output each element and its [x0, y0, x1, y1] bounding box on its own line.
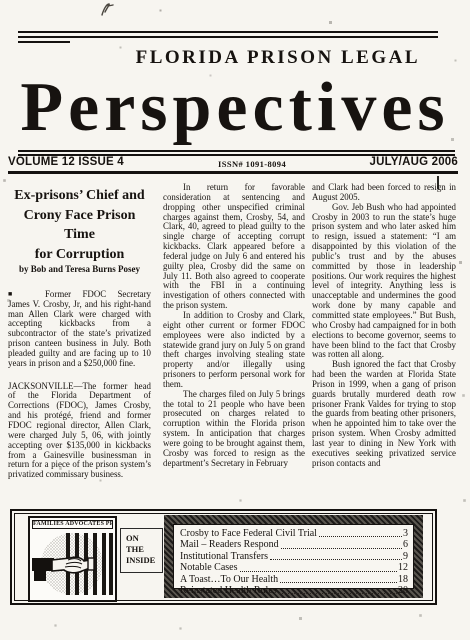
handshake-logo: FAMILIES ADVOCATES PRISONERS [28, 516, 117, 602]
headline-line: for Corruption [8, 245, 151, 265]
headline-line: Ex-prisons’ Chief and [8, 186, 151, 206]
toc-dot-leader [270, 559, 402, 560]
toc-entry-title: Crosby to Face Federal Civil Trial [180, 528, 317, 539]
toc-dot-leader [319, 536, 402, 537]
toc-entry-title: A Toast…To Our Health [180, 574, 278, 585]
on-the-inside-line: INSIDE [126, 555, 162, 566]
toc-entry: Notable Cases 12 [180, 562, 408, 573]
article-paragraph: The charges filed on July 5 brings the t… [163, 390, 305, 469]
toc-dot-leader [280, 582, 397, 583]
on-the-inside-line: ON [126, 533, 162, 544]
issn-label: ISSN# 1091-8094 [218, 159, 286, 169]
toc-entry-page: 20 [398, 585, 408, 596]
toc-entry-page: 3 [403, 528, 408, 539]
table-of-contents: Crosby to Face Federal Civil Trial 3 Mai… [173, 524, 414, 589]
article-paragraph: In return for favorable consideration at… [163, 183, 305, 311]
inside-contents-box: FAMILIES ADVOCATES PRISONERS [10, 509, 437, 605]
scan-speckles [0, 0, 1, 1]
inside-contents-box-inner-border: FAMILIES ADVOCATES PRISONERS [14, 513, 433, 601]
article-paragraph: In addition to Crosby and Clark, eight o… [163, 311, 305, 390]
toc-entry-page: 18 [398, 574, 408, 585]
masthead-rule-bottom [8, 171, 458, 174]
volume-issue-label: VOLUME 12 ISSUE 4 [8, 156, 124, 168]
handshake-through-bars-icon [32, 530, 113, 598]
masthead-rule-top-1 [18, 31, 438, 33]
article-column-3: and Clark had been forced to resign in A… [312, 183, 456, 468]
newsletter-front-page: FLORIDA PRISON LEGAL Perspectives VOLUME… [0, 0, 470, 640]
article-paragraph: ■Former FDOC Secretary James V. Crosby, … [8, 290, 151, 369]
toc-entry: Reinstated Health Rules 20 [180, 585, 408, 596]
article-headline: Ex-prisons’ Chief and Crony Face Prison … [8, 186, 151, 264]
toc-dot-leader [240, 571, 398, 572]
issue-date-label: JULY/AUG 2006 [370, 156, 458, 168]
logo-caption: FAMILIES ADVOCATES PRISONERS [32, 520, 113, 529]
toc-entry-page: 9 [403, 551, 408, 562]
toc-entry: Mail – Readers Respond 6 [180, 539, 408, 550]
article-column-1: Ex-prisons’ Chief and Crony Face Prison … [8, 183, 151, 480]
headline-line: Crony Face Prison [8, 206, 151, 226]
toc-dot-leader [281, 548, 402, 549]
masthead-rule-top-2 [18, 36, 438, 38]
article-column-2: In return for favorable consideration at… [163, 183, 305, 468]
toc-entry-page: 6 [403, 539, 408, 550]
toc-entry-page: 12 [398, 562, 408, 573]
on-the-inside-label: ON THE INSIDE [120, 528, 163, 573]
article-paragraph: Bush ignored the fact that Crosby had be… [312, 360, 456, 468]
toc-entry-title: Institutional Transfers [180, 551, 268, 562]
nameplate-title: Perspectives [0, 66, 470, 150]
toc-entry: A Toast…To Our Health 18 [180, 574, 408, 585]
toc-entry: Crosby to Face Federal Civil Trial 3 [180, 528, 408, 539]
issue-info-row: VOLUME 12 ISSUE 4 ISSN# 1091-8094 JULY/A… [8, 156, 460, 172]
article-byline: by Bob and Teresa Burns Posey [8, 265, 151, 275]
article-paragraph: Gov. Jeb Bush who had appointed Crosby i… [312, 203, 456, 361]
on-the-inside-line: THE [126, 544, 162, 555]
paragraph-text: Former FDOC Secretary James V. Crosby, J… [8, 289, 151, 368]
article-paragraph: JACKSONVILLE—The former head of the Flor… [8, 382, 151, 480]
article-paragraph: and Clark had been forced to resign in A… [312, 183, 456, 203]
table-of-contents-box: Crosby to Face Federal Civil Trial 3 Mai… [164, 515, 423, 598]
toc-entry: Institutional Transfers 9 [180, 551, 408, 562]
toc-dot-leader [279, 593, 397, 594]
masthead-rule-top-short [18, 41, 70, 43]
toc-entry-title: Reinstated Health Rules [180, 585, 277, 596]
handwritten-mark [94, 2, 120, 18]
nameplate-rule-1 [18, 150, 455, 152]
toc-entry-title: Notable Cases [180, 562, 238, 573]
toc-entry-title: Mail – Readers Respond [180, 539, 279, 550]
headline-line: Time [8, 225, 151, 245]
